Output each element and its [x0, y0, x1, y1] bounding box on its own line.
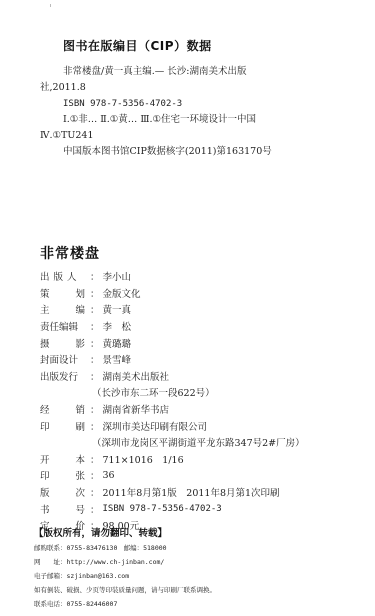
info-label: 经销 — [40, 402, 90, 416]
info-value: 黄一真 — [100, 302, 132, 316]
info-row-edition: 版次： 2011年8月第1版 2011年8月第1次印刷 — [40, 484, 360, 501]
info-label: 责任编辑 — [40, 319, 90, 333]
info-row-sheets: 印张： 36 — [40, 467, 360, 484]
info-row-photography: 摄影： 黄璐璐 — [40, 334, 360, 351]
info-label: 策划 — [40, 286, 90, 300]
info-value: ISBN 978-7-5356-4702-3 — [100, 504, 222, 514]
cip-line-subjects: Ⅰ.①非… Ⅱ.①黄… Ⅲ.①住宅一环境设计一中国 — [63, 114, 256, 126]
info-label: 封面设计 — [40, 352, 90, 366]
website-line: 网 址：http://www.ch-jinban.com/ — [34, 555, 354, 569]
email-line: 电子邮箱：szjinban@163.com — [34, 569, 354, 583]
cip-line-isbn: ISBN 978-7-5356-4702-3 — [63, 98, 182, 110]
info-value: 36 — [100, 470, 115, 481]
info-value: 李小山 — [100, 269, 132, 283]
info-label: 出版人 — [40, 269, 90, 283]
info-label: 印刷 — [40, 419, 90, 433]
info-label: 版次 — [40, 485, 90, 499]
info-row-planning: 策划： 金版文化 — [40, 285, 360, 302]
info-row-format: 开本： 711×1016 1/16 — [40, 451, 360, 468]
phone-line: 联系电话：0755-82446007 — [34, 597, 354, 611]
info-value: 711×1016 1/16 — [100, 452, 184, 466]
info-value: 湖南省新华书店 — [100, 402, 170, 416]
info-value: （长沙市东二环一段622号） — [40, 385, 215, 399]
info-value: 李 松 — [100, 319, 132, 333]
website-link[interactable]: http://www.ch-jinban.com/ — [67, 558, 165, 566]
info-row-cover-design: 封面设计： 景雪峰 — [40, 351, 360, 368]
info-label: 出版发行 — [40, 369, 90, 383]
email-link[interactable]: szjinban@163.com — [67, 572, 130, 580]
info-row-printer-address: （深圳市龙岗区平湖街道平龙东路347号2#厂房） — [40, 434, 360, 451]
phone-number: 0755-82446007 — [67, 600, 118, 608]
website-label: 网 址： — [34, 558, 67, 566]
info-row-editor-in-chief: 主编： 黄一真 — [40, 301, 360, 318]
info-row-isbn: 书号： ISBN 978-7-5356-4702-3 — [40, 500, 360, 517]
phone-label: 联系电话： — [34, 600, 67, 608]
cip-line-classification: Ⅳ.①TU241 — [40, 130, 94, 142]
copyright-notice-title: 【版权所有，请勿翻印、转载】 — [34, 527, 354, 541]
info-row-publisher: 出版人： 李小山 — [40, 268, 360, 285]
info-row-printer: 印刷： 深圳市美达印刷有限公司 — [40, 417, 360, 434]
info-value: 景雪峰 — [100, 352, 132, 366]
cip-line-publisher-year: 社,2011.8 — [40, 82, 86, 94]
info-label: 主编 — [40, 302, 90, 316]
info-value: 深圳市美达印刷有限公司 — [100, 419, 208, 433]
cip-line-cip-number: 中国版本图书馆CIP数据核字(2011)第163170号 — [63, 146, 272, 158]
info-value: 2011年8月第1版 2011年8月第1次印刷 — [100, 485, 280, 499]
mail-order-label: 邮购联系： — [34, 544, 67, 552]
info-label: 书号 — [40, 502, 90, 516]
mail-order-phone: 0755-83476130 — [67, 544, 118, 552]
scan-speck — [50, 4, 51, 7]
info-value: 金版文化 — [100, 286, 141, 300]
email-label: 电子邮箱： — [34, 572, 67, 580]
info-row-responsible-editor: 责任编辑： 李 松 — [40, 318, 360, 335]
postcode-label: 邮编： — [124, 544, 144, 552]
book-title: 非常楼盘 — [40, 243, 100, 263]
info-value: （深圳市龙岗区平湖街道平龙东路347号2#厂房） — [40, 435, 305, 449]
info-label: 摄影 — [40, 336, 90, 350]
info-row-distribution: 出版发行： 湖南美术出版社 — [40, 368, 360, 385]
postcode: 518000 — [143, 544, 166, 552]
copyright-block: 【版权所有，请勿翻印、转载】 邮购联系：0755-83476130 邮编：518… — [34, 527, 354, 611]
cip-title: 图书在版编目（CIP）数据 — [63, 37, 212, 54]
mail-order-line: 邮购联系：0755-83476130 邮编：518000 — [34, 541, 354, 555]
info-value: 湖南美术出版社 — [100, 369, 170, 383]
info-value: 黄璐璐 — [100, 336, 132, 350]
info-row-distributor: 经销： 湖南省新华书店 — [40, 401, 360, 418]
info-row-publisher-address: （长沙市东二环一段622号） — [40, 384, 360, 401]
cip-line-bibliographic: 非常楼盘/黄一真主编.— 长沙:湖南美术出版 — [63, 66, 246, 78]
info-label: 开本 — [40, 452, 90, 466]
info-label: 印张 — [40, 468, 90, 482]
imprint-info: 出版人： 李小山 策划： 金版文化 主编： 黄一真 责任编辑： 李 松 摄影： … — [40, 268, 360, 534]
quality-notice: 如有倒装、破损、少页等印装质量问题，请与印刷厂联系调换。 — [34, 583, 354, 597]
